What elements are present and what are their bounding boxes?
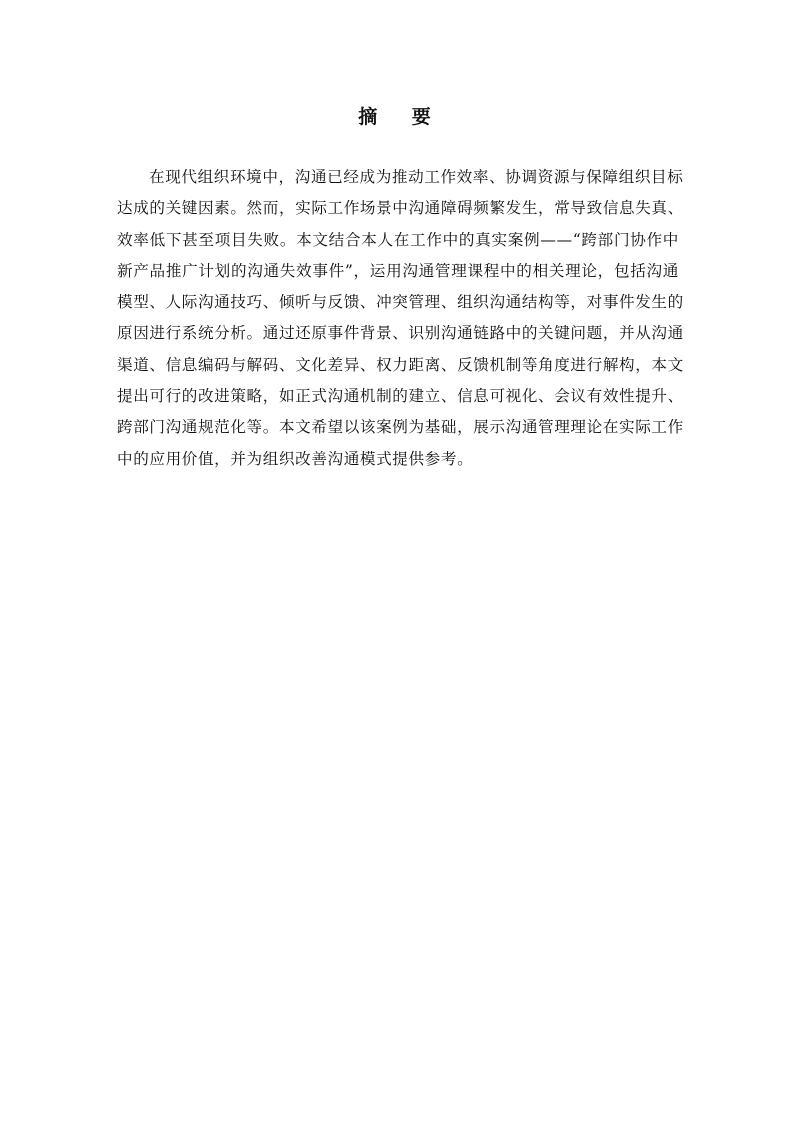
abstract-line: 中的应用价值，并为组织改善沟通模式提供参考。	[117, 444, 679, 475]
abstract-line: 提出可行的改进策略，如正式沟通机制的建立、信息可视化、会议有效性提升、	[117, 381, 679, 412]
abstract-line: 新产品推广计划的沟通失效事件”，运用沟通管理课程中的相关理论，包括沟通	[117, 256, 679, 287]
abstract-line: 达成的关键因素。然而，实际工作场景中沟通障碍频繁发生，常导致信息失真、	[117, 193, 679, 224]
abstract-title: 摘 要	[0, 104, 793, 130]
abstract-line: 效率低下甚至项目失败。本文结合本人在工作中的真实案例——“跨部门协作中	[117, 225, 679, 256]
document-page: 摘 要 在现代组织环境中，沟通已经成为推动工作效率、协调资源与保障组织目标 达成…	[0, 0, 793, 1122]
abstract-line: 在现代组织环境中，沟通已经成为推动工作效率、协调资源与保障组织目标	[117, 162, 679, 193]
abstract-body: 在现代组织环境中，沟通已经成为推动工作效率、协调资源与保障组织目标 达成的关键因…	[117, 162, 679, 475]
abstract-line: 渠道、信息编码与解码、文化差异、权力距离、反馈机制等角度进行解构，本文	[117, 350, 679, 381]
abstract-line: 原因进行系统分析。通过还原事件背景、识别沟通链路中的关键问题，并从沟通	[117, 318, 679, 349]
abstract-line: 跨部门沟通规范化等。本文希望以该案例为基础，展示沟通管理理论在实际工作	[117, 412, 679, 443]
abstract-line: 模型、人际沟通技巧、倾听与反馈、冲突管理、组织沟通结构等，对事件发生的	[117, 287, 679, 318]
